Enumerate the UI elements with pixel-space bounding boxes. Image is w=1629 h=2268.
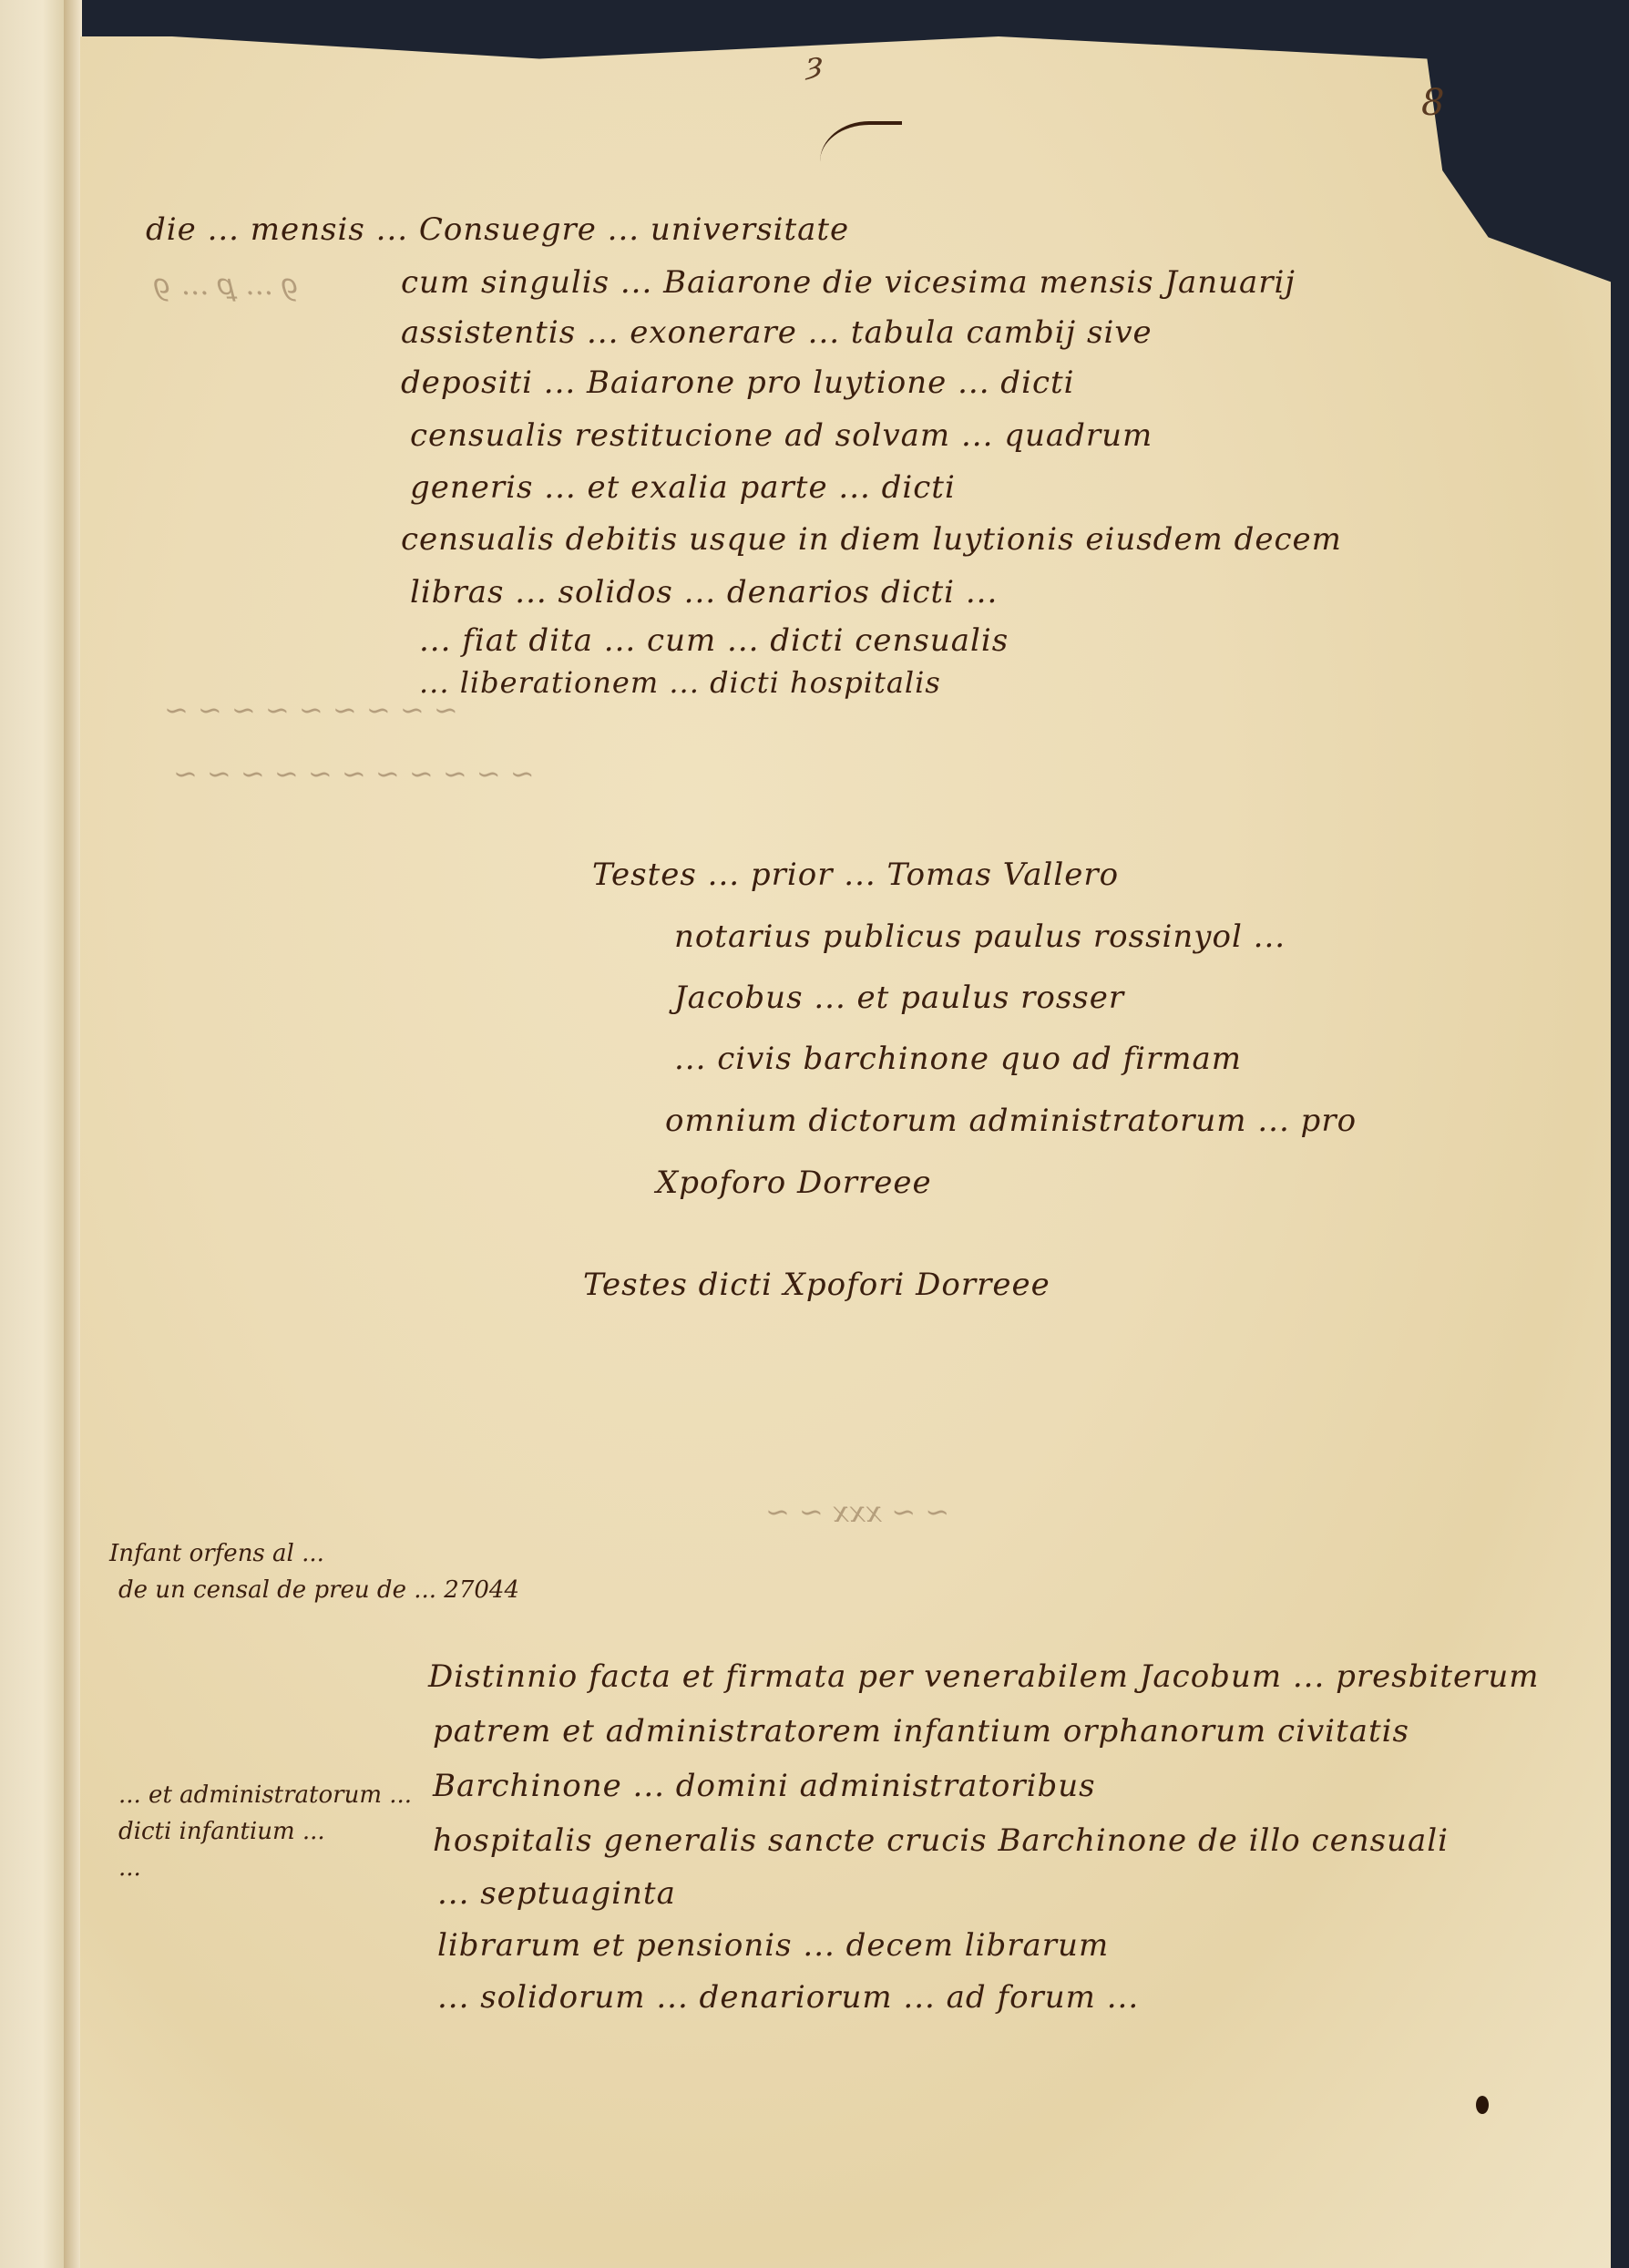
- text-line: Xpoforo Dorreee: [656, 1165, 932, 1201]
- text-line: Jacobus ... et paulus rosser: [674, 980, 1124, 1016]
- text-line: Distinnio facta et firmata per venerabil…: [428, 1658, 1540, 1695]
- text-line: patrem et administratorem infantium orph…: [433, 1713, 1409, 1750]
- text-line: Barchinone ... domini administratoribus: [433, 1768, 1096, 1804]
- margin-line: dicti infantium ...: [118, 1818, 325, 1845]
- text-line: hospitalis generalis sancte crucis Barch…: [433, 1822, 1449, 1859]
- text-line: die ... mensis ... Consuegre ... univers…: [146, 211, 849, 248]
- ink-mark: [1476, 2096, 1489, 2114]
- folio-number: 8: [1421, 82, 1444, 124]
- margin-line: de un censal de preu de ... 27044: [118, 1576, 519, 1604]
- text-line: censualis restitucione ad solvam ... qua…: [410, 417, 1153, 454]
- margin-line: ...: [118, 1854, 141, 1882]
- text-line: ... liberationem ... dicti hospitalis: [419, 665, 941, 700]
- bleed-through: ~ ~ ~ ~ ~ ~ ~ ~ ~: [164, 693, 458, 727]
- manuscript-scan: 8 ȝ ꝯ ... ꝑ ... ꝯ ~ ~ ~ ~ ~ ~ ~ ~ ~ ~ ~ …: [0, 0, 1629, 2268]
- text-line: ... solidorum ... denariorum ... ad foru…: [437, 1979, 1139, 2016]
- text-line: librarum et pensionis ... decem librarum: [437, 1927, 1109, 1964]
- signature-line: Testes dicti Xpofori Dorreee: [583, 1267, 1050, 1303]
- text-line: omnium dictorum administratorum ... pro: [665, 1103, 1357, 1139]
- text-line: ... civis barchinone quo ad firmam: [674, 1041, 1242, 1077]
- text-line: assistentis ... exonerare ... tabula cam…: [401, 314, 1153, 351]
- text-line: generis ... et exalia parte ... dicti: [410, 469, 956, 506]
- text-line: censualis debitis usque in diem luytioni…: [401, 521, 1342, 558]
- text-line: libras ... solidos ... denarios dicti ..…: [410, 574, 998, 611]
- text-line: depositi ... Baiarone pro luytione ... d…: [401, 364, 1075, 401]
- text-line: Testes ... prior ... Tomas Vallero: [592, 857, 1119, 893]
- text-line: ... septuaginta: [437, 1875, 676, 1912]
- text-line: notarius publicus paulus rossinyol ...: [674, 918, 1286, 955]
- margin-line: Infant orfens al ...: [109, 1540, 324, 1567]
- header-mark: ȝ: [806, 46, 823, 82]
- bleed-through: ~ ~ ~ ~ ~ ~ ~ ~ ~ ~ ~: [173, 756, 535, 791]
- facing-page-edge: [0, 0, 71, 2268]
- text-line: ... fiat dita ... cum ... dicti censuali…: [419, 622, 1009, 659]
- book-gutter: [64, 0, 82, 2268]
- bleed-through: ~ ~ xxx ~ ~: [765, 1494, 949, 1529]
- text-line: cum singulis ... Baiarone die vicesima m…: [401, 264, 1296, 301]
- margin-line: ... et administratorum ...: [118, 1781, 412, 1809]
- bleed-through: ꝯ ... ꝑ ... ꝯ: [155, 264, 300, 303]
